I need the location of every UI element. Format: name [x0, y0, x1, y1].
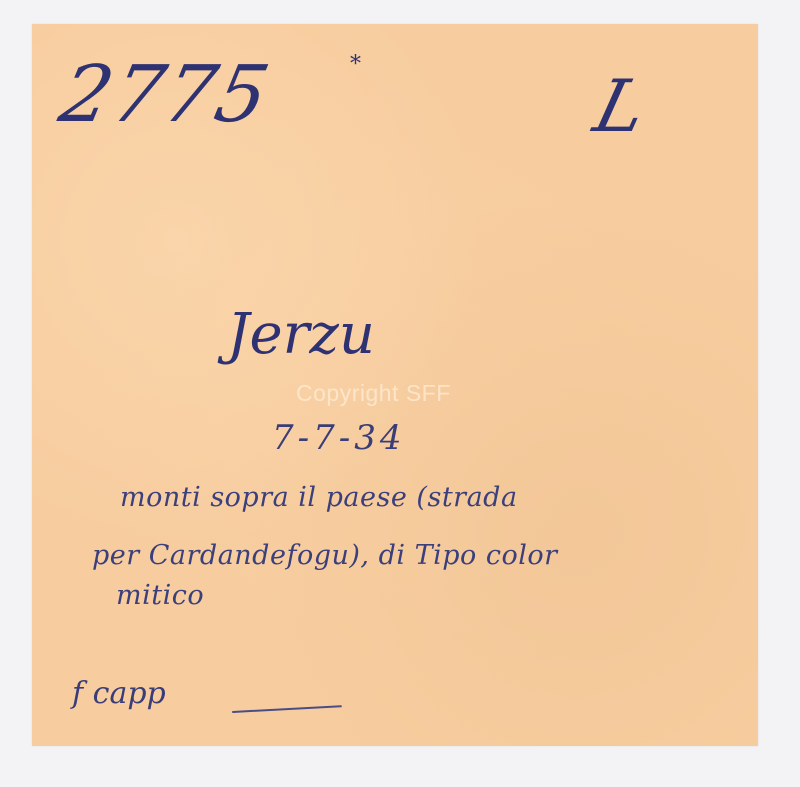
note-line-3: mitico	[116, 580, 204, 611]
signature-flourish	[232, 705, 342, 713]
letter-code: L	[587, 64, 656, 148]
note-line-1: monti sopra il paese (strada	[120, 482, 518, 513]
specimen-label-card: 2775 * L Jerzu Copyright SFF 7-7-34 mont…	[32, 24, 758, 746]
catalog-number: 2775	[52, 50, 278, 140]
collection-date: 7-7-34	[272, 418, 406, 458]
place-name: Jerzu	[227, 302, 375, 367]
collector-signature: f capp	[72, 676, 166, 711]
copyright-watermark: Copyright SFF	[296, 380, 451, 407]
star-mark-icon: *	[350, 52, 361, 77]
note-line-2: per Cardandefogu), di Tipo color	[92, 540, 558, 571]
